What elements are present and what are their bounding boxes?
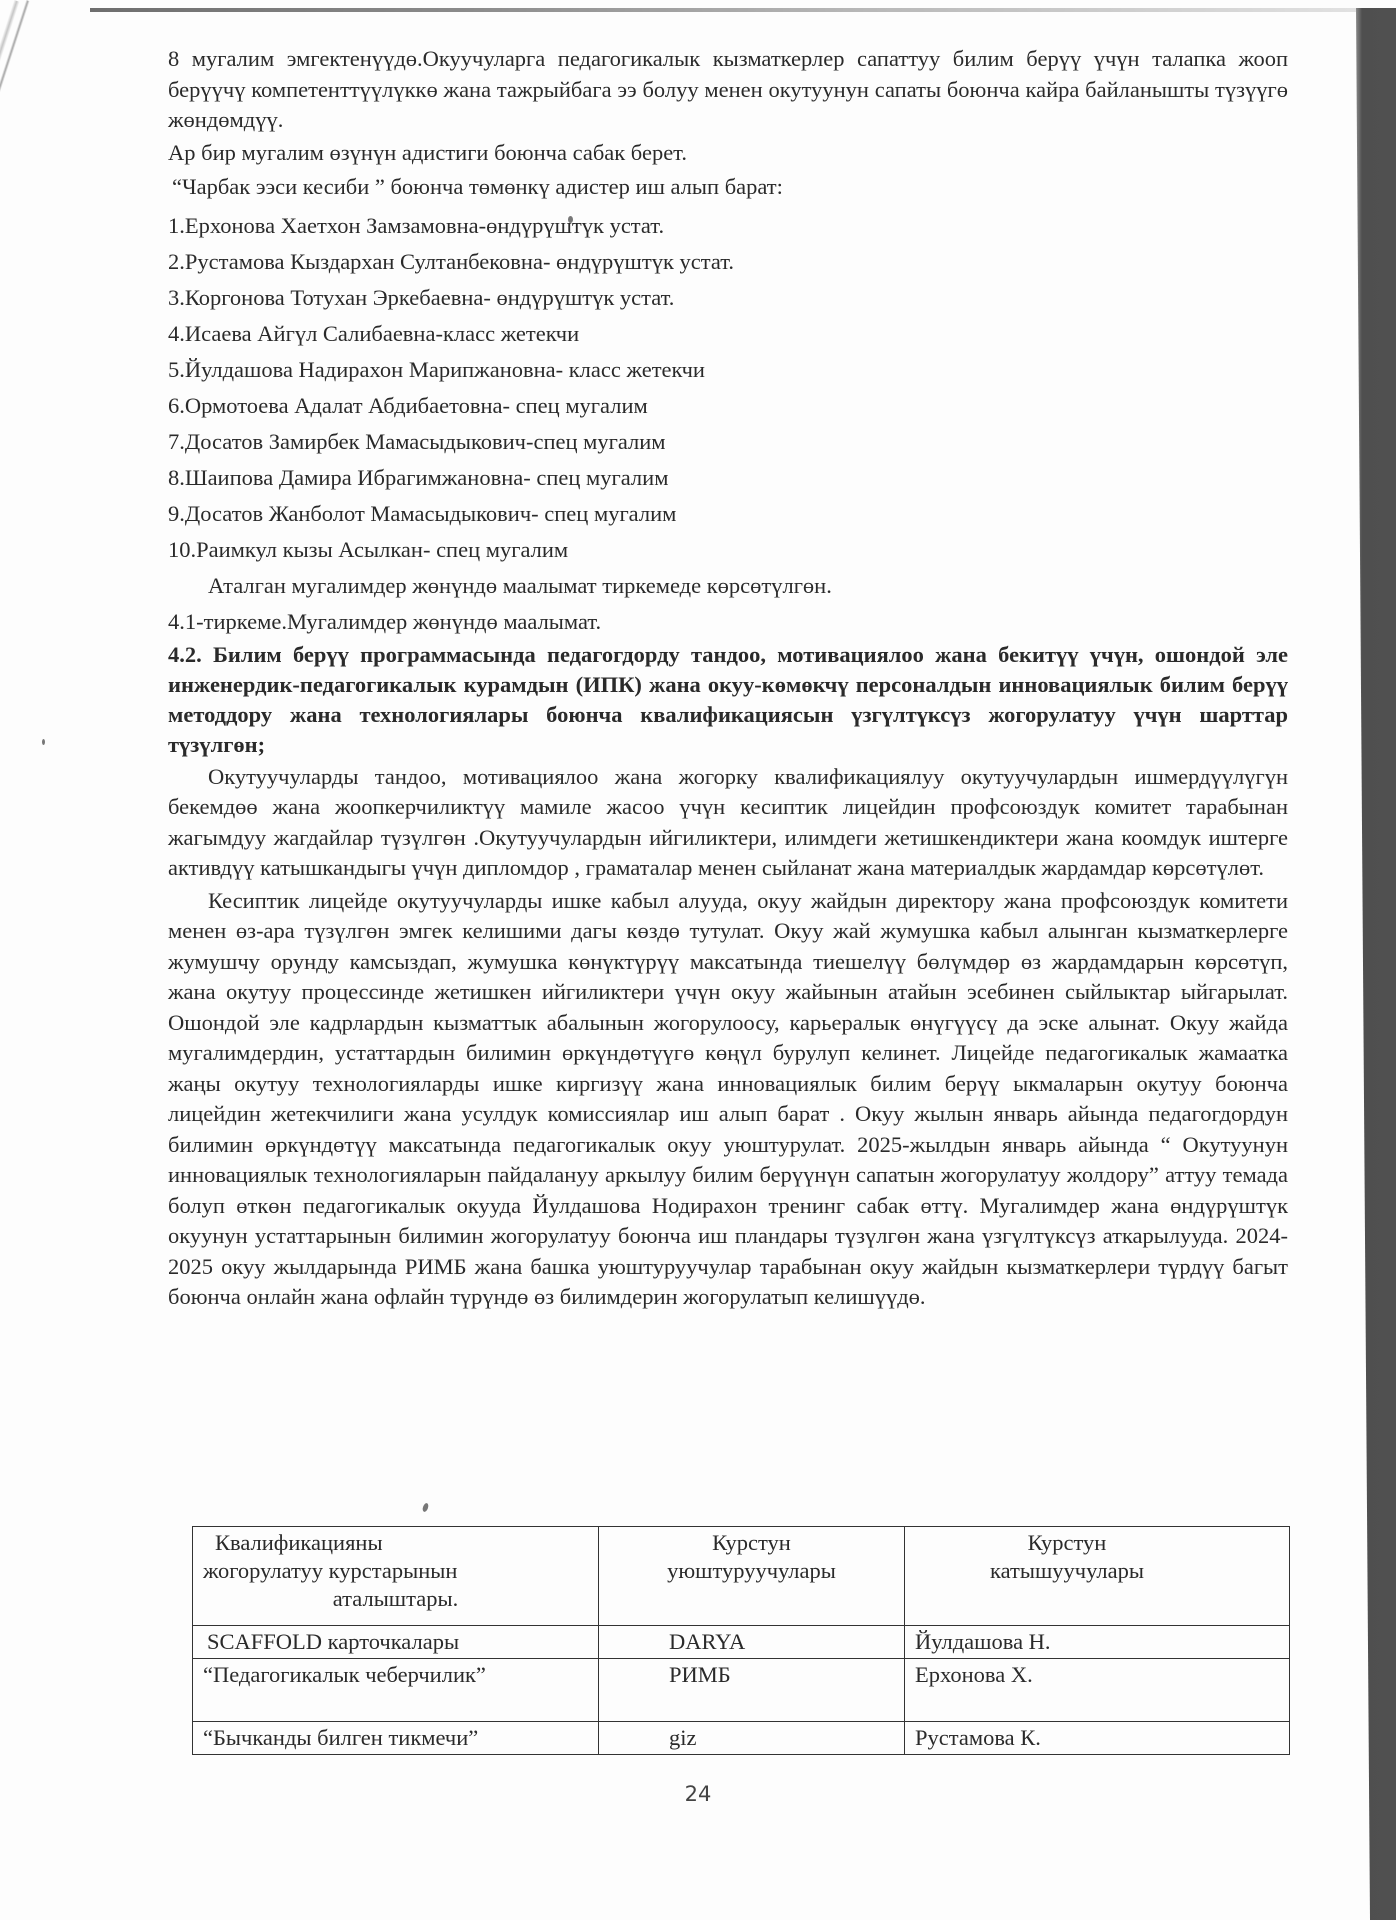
staff-list-item: 3.Коргонова Тотухан Эркебаевна- өндүрүшт… — [168, 283, 1288, 313]
cell-course: “Бычканды билген тикмечи” — [193, 1722, 599, 1755]
staff-list-item: 4.Исаева Айгүл Салибаевна-класс жетекчи — [168, 319, 1288, 349]
cell-organizer: DARYA — [599, 1626, 905, 1659]
scan-top-edge — [90, 8, 1360, 12]
staff-list-item: 9.Досатов Жанболот Мамасыдыкович- спец м… — [168, 499, 1288, 529]
column-header-participants: Курстун катышуучулары — [905, 1527, 1290, 1626]
each-teacher-line: Ар бир мугалим өзүнүн адистиги боюнча са… — [168, 138, 1288, 169]
appendix-note: Аталган мугалимдер жөнүндө маалымат тирк… — [168, 571, 1288, 602]
section-heading-4-2: 4.2. Билим берүү программасында педагогд… — [168, 640, 1288, 760]
table-row: “Бычканды билген тикмечи” giz Рустамова … — [193, 1722, 1290, 1755]
cell-course: “Педагогикалык чеберчилик” — [193, 1659, 599, 1722]
specialists-intro-line: “Чарбак ээси кесиби ” боюнча төмөнкү ади… — [168, 172, 1288, 203]
scan-speck — [42, 739, 45, 745]
column-header-organizers: Курстун уюштуруучулары — [599, 1527, 905, 1626]
cell-participant: Йулдашова Н. — [905, 1626, 1290, 1659]
cell-organizer: РИМБ — [599, 1659, 905, 1722]
table-row: SCAFFOLD карточкалары DARYA Йулдашова Н. — [193, 1626, 1290, 1659]
cell-participant: Рустамова К. — [905, 1722, 1290, 1755]
scan-speck — [422, 1502, 430, 1512]
column-header-course-name: Квалификацияны жогорулатуу курстарынын а… — [193, 1527, 599, 1626]
qualification-courses-table: Квалификацияны жогорулатуу курстарынын а… — [192, 1526, 1290, 1755]
table-header-row: Квалификацияны жогорулатуу курстарынын а… — [193, 1527, 1290, 1626]
paragraph-hiring-and-training: Кесиптик лицейде окутуучуларды ишке кабы… — [168, 886, 1288, 1313]
staff-list-item: 10.Раимкул кызы Асылкан- спец мугалим — [168, 535, 1288, 565]
page-number: 24 — [0, 1782, 1396, 1806]
cell-participant: Ерхонова Х. — [905, 1659, 1290, 1722]
paragraph-teacher-selection: Окутуучуларды тандоо, мотивациялоо жана … — [168, 762, 1288, 884]
staff-list-item: 8.Шаипова Дамира Ибрагимжановна- спец му… — [168, 463, 1288, 493]
scan-right-border — [1356, 8, 1396, 1920]
document-page: 8 мугалим эмгектенүүдө.Окуучуларга педаг… — [168, 44, 1288, 1313]
appendix-reference: 4.1-тиркеме.Мугалимдер жөнүндө маалымат. — [168, 607, 1288, 638]
cell-course: SCAFFOLD карточкалары — [193, 1626, 599, 1659]
staff-list-item: 2.Рустамова Кыздархан Султанбековна- өнд… — [168, 247, 1288, 277]
intro-paragraph: 8 мугалим эмгектенүүдө.Окуучуларга педаг… — [168, 44, 1288, 136]
staff-list: 1.Ерхонова Хаетхон Замзамовна-өндүрүштүк… — [168, 211, 1288, 565]
cell-organizer: giz — [599, 1722, 905, 1755]
staff-list-item: 7.Досатов Замирбек Мамасыдыкович-спец му… — [168, 427, 1288, 457]
staff-list-item: 5.Йулдашова Надирахон Марипжановна- клас… — [168, 355, 1288, 385]
staff-list-item: 1.Ерхонова Хаетхон Замзамовна-өндүрүштүк… — [168, 211, 1288, 241]
table-row: “Педагогикалык чеберчилик” РИМБ Ерхонова… — [193, 1659, 1290, 1722]
staff-list-item: 6.Ормотоева Адалат Абдибаетовна- спец му… — [168, 391, 1288, 421]
